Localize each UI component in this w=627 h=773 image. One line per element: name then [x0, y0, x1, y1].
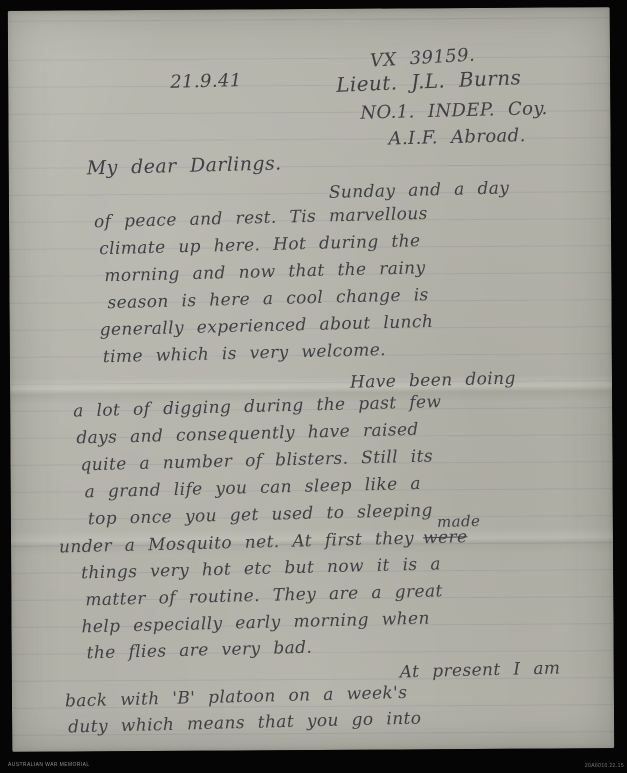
- letter-line: a lot of digging during the past few: [73, 392, 442, 421]
- letter-line-correction: under a Mosquito net. At first theywerem…: [59, 527, 468, 557]
- letter-line: help especially early morning when: [81, 609, 430, 638]
- archive-watermark-left: AUSTRALIAN WAR MEMORIAL: [8, 762, 90, 768]
- letter-line: climate up here. Hot during the: [99, 231, 421, 259]
- letter-line: the flies are very bad.: [86, 638, 312, 664]
- inserted-word: made: [437, 512, 481, 531]
- letter-line: At present I am: [400, 658, 561, 682]
- letter-line: season is here a cool change is: [107, 285, 429, 313]
- letter-paper: 21.9.41 VX 39159. Lieut. J.L. Burns NO.1…: [8, 7, 615, 752]
- sender-force: A.I.F. Abroad.: [388, 125, 526, 149]
- letter-line: time which is very welcome.: [103, 340, 387, 367]
- correction-prefix: under a Mosquito net. At first they: [59, 529, 415, 558]
- letter-line: back with 'B' platoon on a week's: [65, 683, 408, 712]
- letter-line: of peace and rest. Tis marvellous: [94, 204, 428, 232]
- letter-line: Sunday and a day: [329, 178, 510, 203]
- salutation: My dear Darlings.: [86, 152, 281, 179]
- letter-line: generally experienced about lunch: [99, 312, 433, 340]
- letter-line: morning and now that the rainy: [104, 258, 426, 286]
- letter-date: 21.9.41: [170, 70, 242, 93]
- sender-unit: NO.1. INDEP. Coy.: [360, 98, 548, 124]
- letter-line: quite a number of blisters. Still its: [80, 446, 433, 475]
- letter-line: a grand life you can sleep like a: [84, 474, 421, 503]
- sender-name: Lieut. J.L. Burns: [336, 65, 522, 97]
- letter-line: days and consequently have raised: [76, 420, 419, 449]
- archive-id-watermark: 20A6010.22.15: [585, 763, 624, 769]
- letter-line: top once you get used to sleeping: [88, 501, 433, 530]
- letter-line: duty which means that you go into: [68, 709, 422, 738]
- letter-line: Have been doing: [350, 369, 516, 393]
- letter-line: things very hot etc but now it is a: [81, 554, 441, 583]
- letter-line: matter of routine. They are a great: [85, 581, 443, 610]
- scanned-letter-frame: 21.9.41 VX 39159. Lieut. J.L. Burns NO.1…: [0, 0, 627, 773]
